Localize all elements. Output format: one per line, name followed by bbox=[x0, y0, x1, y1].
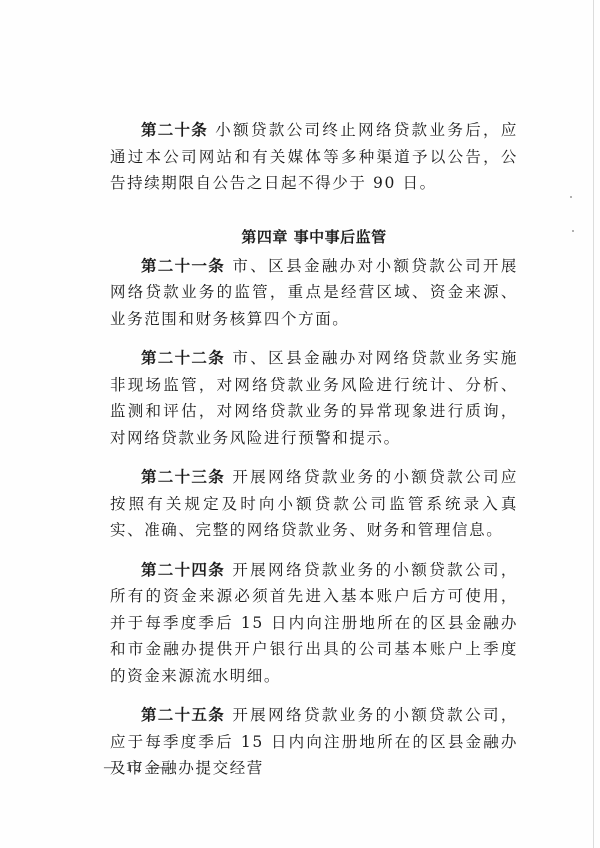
article-21: 第二十一条 市、区县金融办对小额贷款公司开展网络贷款业务的监管，重点是经营区域、… bbox=[110, 253, 518, 333]
article-label: 第二十二条 bbox=[141, 349, 225, 367]
article-label: 第二十一条 bbox=[141, 257, 225, 275]
article-20: 第二十条 小额贷款公司终止网络贷款业务后，应通过本公司网站和有关媒体等多种渠道予… bbox=[110, 117, 518, 197]
page-edge-shadow bbox=[593, 0, 594, 848]
document-page: 第二十条 小额贷款公司终止网络贷款业务后，应通过本公司网站和有关媒体等多种渠道予… bbox=[0, 0, 600, 848]
article-25: 第二十五条 开展网络贷款业务的小额贷款公司，应于每季度季后 15 日内向注册地所… bbox=[110, 702, 518, 782]
article-label: 第二十条 bbox=[141, 121, 208, 139]
article-label: 第二十三条 bbox=[141, 468, 225, 486]
document-body: 第二十条 小额贷款公司终止网络贷款业务后，应通过本公司网站和有关媒体等多种渠道予… bbox=[110, 117, 518, 782]
chapter-title: 第四章 事中事后监管 bbox=[110, 225, 518, 249]
article-22: 第二十二条 市、区县金融办对网络贷款业务实施非现场监管，对网络贷款业务风险进行统… bbox=[110, 345, 518, 451]
scan-speck bbox=[572, 230, 574, 232]
article-23: 第二十三条 开展网络贷款业务的小额贷款公司应按照有关规定及时向小额贷款公司监管系… bbox=[110, 464, 518, 544]
article-text: 开展网络贷款业务的小额贷款公司，所有的资金来源必须首先进入基本账户后方可使用，并… bbox=[110, 561, 518, 685]
article-label: 第二十五条 bbox=[141, 706, 225, 724]
page-number: — 12 — bbox=[104, 760, 165, 776]
article-24: 第二十四条 开展网络贷款业务的小额贷款公司，所有的资金来源必须首先进入基本账户后… bbox=[110, 557, 518, 690]
article-label: 第二十四条 bbox=[141, 561, 225, 579]
scan-speck bbox=[570, 196, 572, 198]
